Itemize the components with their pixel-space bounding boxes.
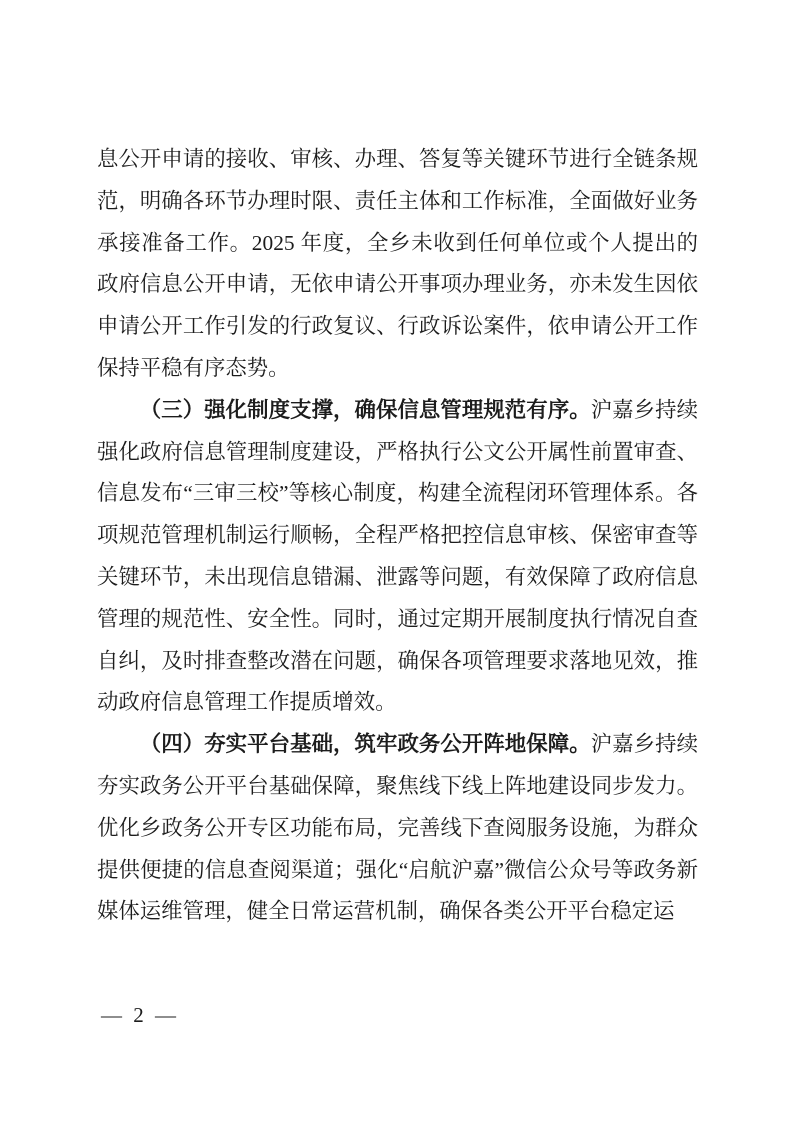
paragraph: （四）夯实平台基础，筑牢政务公开阵地保障。沪嘉乡持续夯实政务公开平台基础保障，聚…	[97, 724, 698, 933]
page-number: — 2 —	[101, 1003, 179, 1027]
paragraph-text: 沪嘉乡持续夯实政务公开平台基础保障，聚焦线下线上阵地建设同步发力。优化乡政务公开…	[97, 732, 698, 923]
paragraph-text: 息公开申请的接收、审核、办理、答复等关键环节进行全链条规范，明确各环节办理时限、…	[97, 147, 698, 380]
paragraph: 息公开申请的接收、审核、办理、答复等关键环节进行全链条规范，明确各环节办理时限、…	[97, 139, 698, 390]
paragraph-heading: （三）强化制度支撑，确保信息管理规范有序。	[140, 398, 591, 422]
paragraph-heading: （四）夯实平台基础，筑牢政务公开阵地保障。	[140, 732, 591, 756]
page-footer: — 2 —	[101, 1000, 179, 1030]
paragraph-text: 沪嘉乡持续强化政府信息管理制度建设，严格执行公文公开属性前置审查、信息发布“三审…	[97, 398, 698, 715]
document-page: 息公开申请的接收、审核、办理、答复等关键环节进行全链条规范，明确各环节办理时限、…	[0, 0, 793, 1122]
document-body: 息公开申请的接收、审核、办理、答复等关键环节进行全链条规范，明确各环节办理时限、…	[97, 139, 698, 933]
paragraph: （三）强化制度支撑，确保信息管理规范有序。沪嘉乡持续强化政府信息管理制度建设，严…	[97, 390, 698, 724]
